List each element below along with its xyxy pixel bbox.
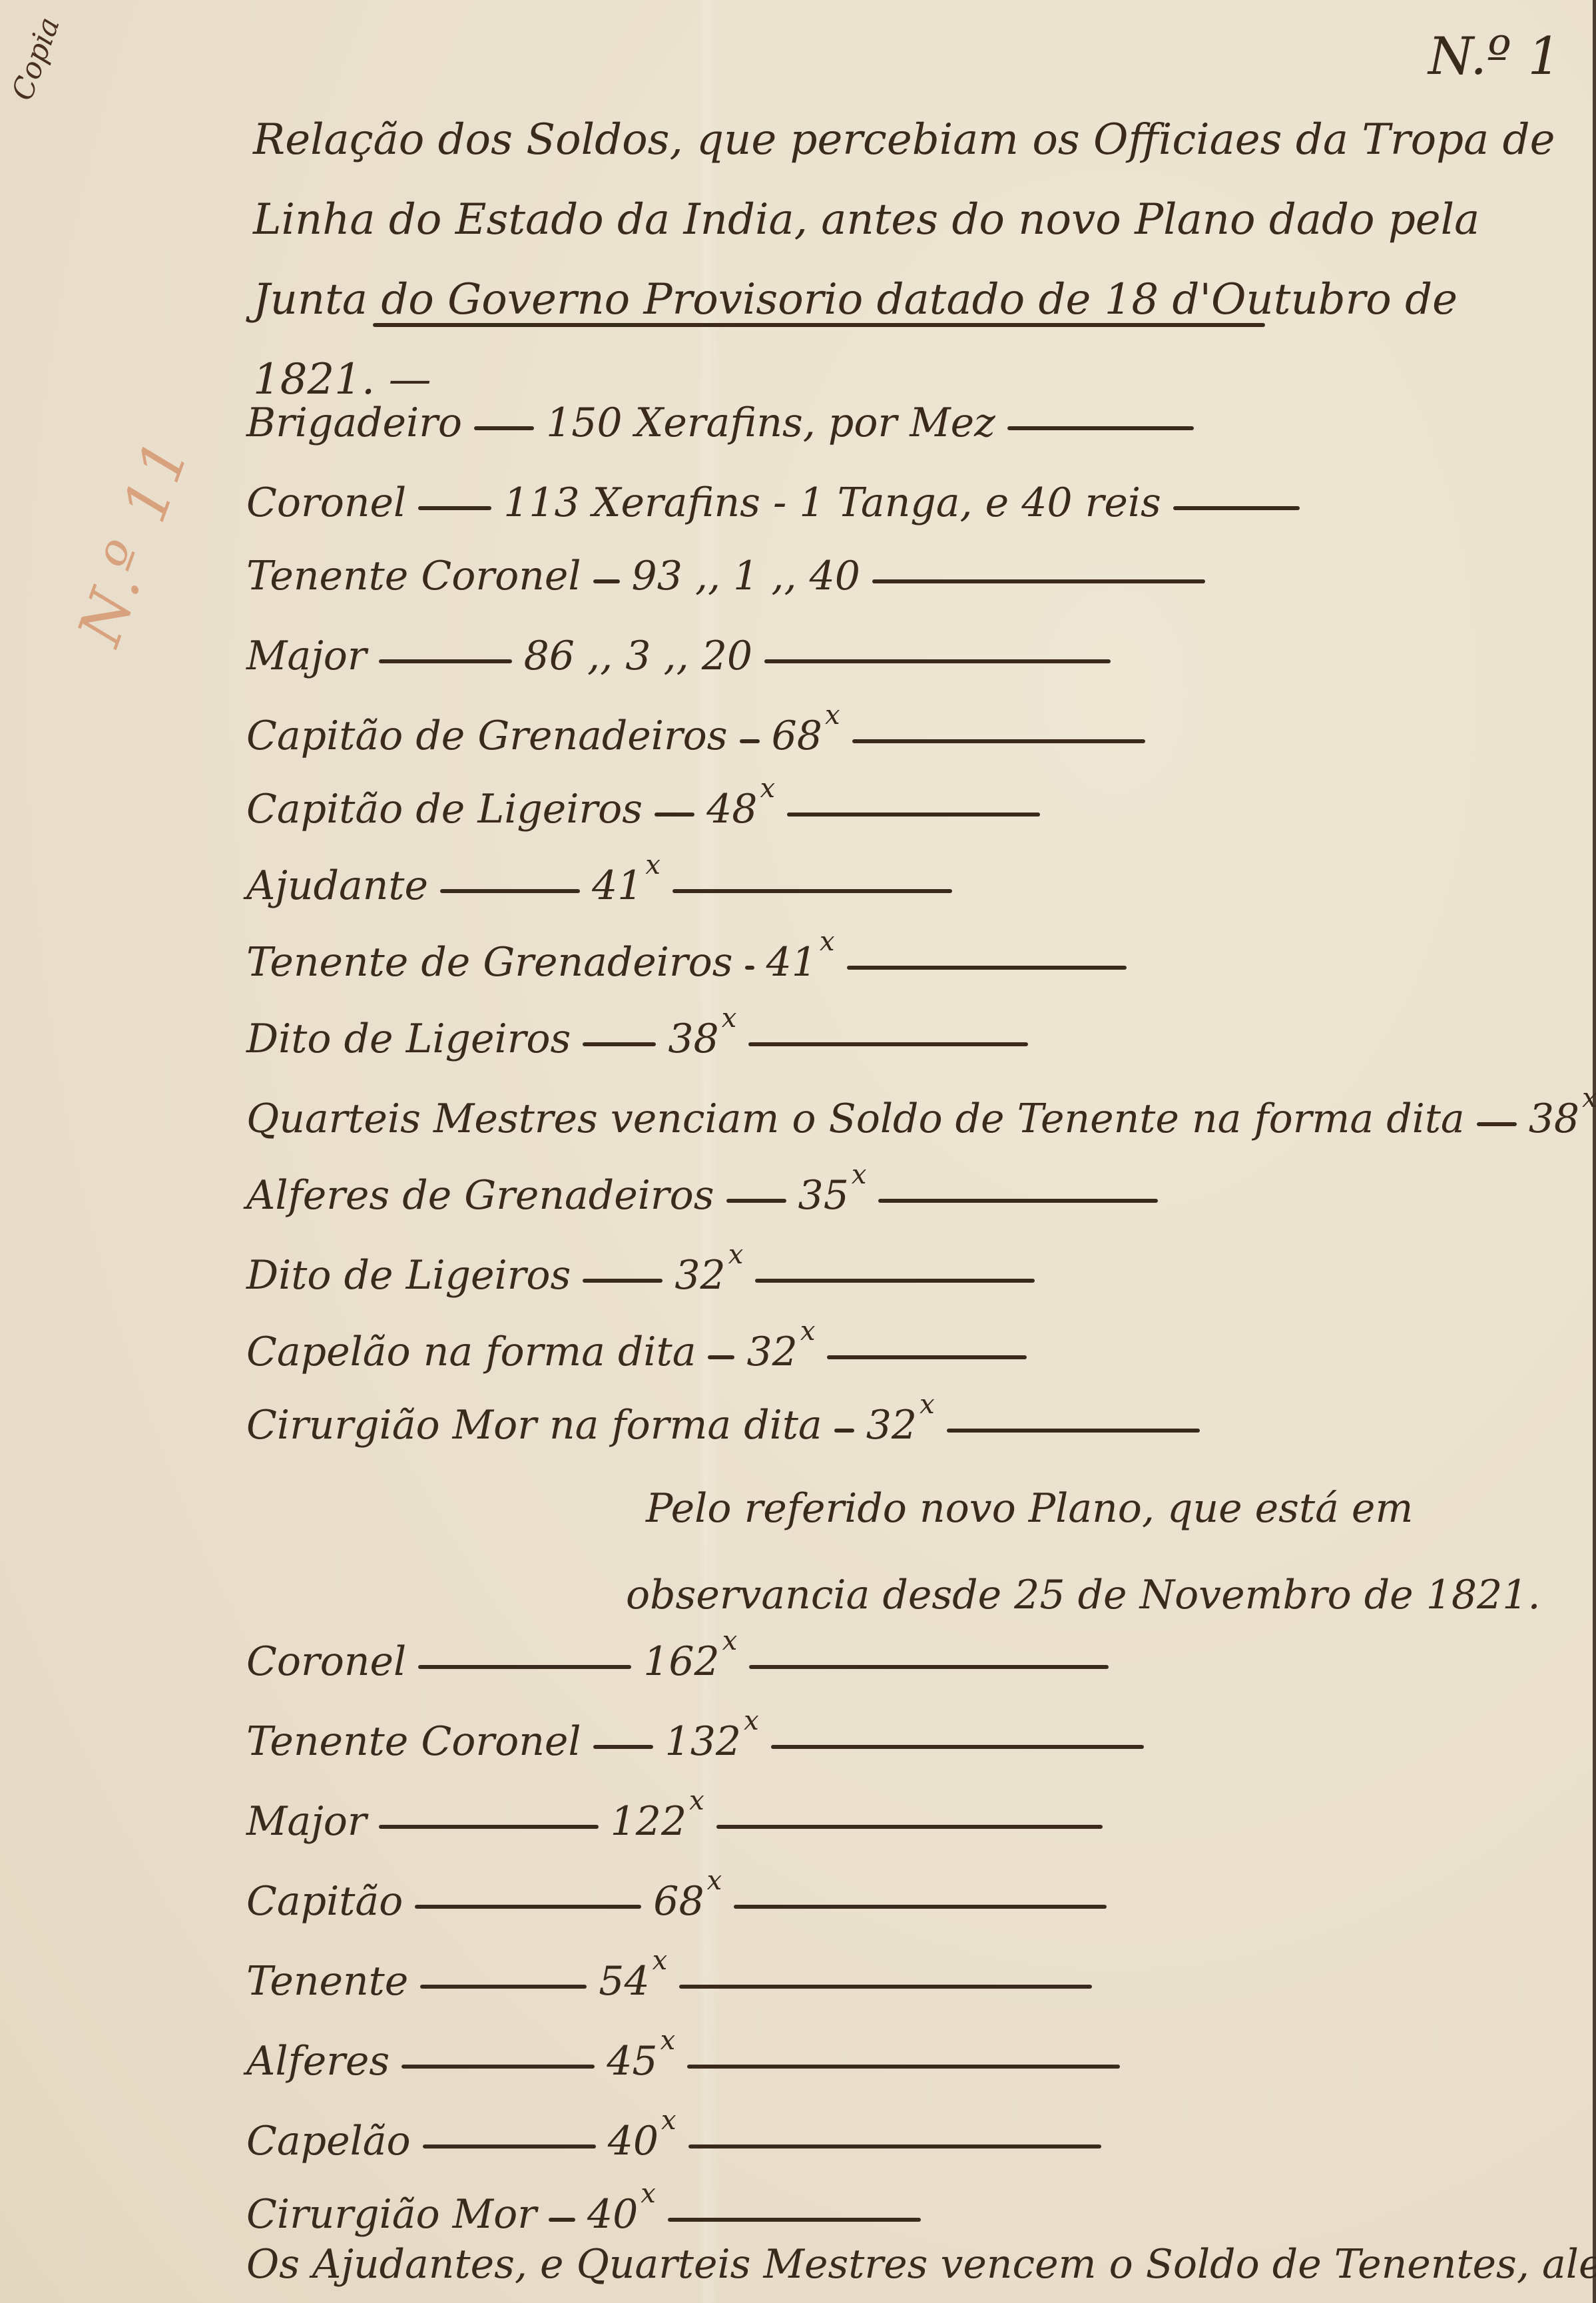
dash-rule bbox=[834, 1429, 854, 1433]
dash-rule bbox=[583, 1042, 656, 1046]
dash-rule bbox=[420, 1985, 587, 1989]
salary-value: 32x bbox=[746, 1316, 815, 1375]
document-title: Relação dos Soldos, que percebiam os Off… bbox=[253, 100, 1571, 420]
salary-value: 48x bbox=[706, 773, 775, 832]
salary-row: Tenente de Grenadeiros41x bbox=[246, 926, 1139, 986]
salary-row: Capitão de Ligeiros48x bbox=[246, 773, 1052, 832]
salary-value: 68x bbox=[653, 1865, 722, 1925]
dash-rule bbox=[787, 813, 1040, 817]
rank-label: Tenente Coronel bbox=[246, 1718, 581, 1765]
salary-row: Major122x bbox=[246, 1785, 1115, 1845]
salary-row: Capitão de Grenadeiros68x bbox=[246, 699, 1157, 759]
dash-rule bbox=[872, 579, 1205, 583]
salary-value: 38x bbox=[1529, 1083, 1596, 1142]
dash-rule bbox=[688, 2144, 1101, 2148]
salary-value: 68x bbox=[772, 700, 840, 759]
dash-rule bbox=[679, 1985, 1092, 1989]
dash-rule bbox=[847, 966, 1127, 970]
dash-rule bbox=[878, 1199, 1158, 1203]
dash-rule bbox=[708, 1355, 734, 1359]
rank-label: Cirurgião Mor bbox=[246, 2191, 537, 2238]
salary-value: 32x bbox=[674, 1239, 743, 1299]
rank-label: Capelão bbox=[246, 2118, 411, 2164]
dash-rule bbox=[745, 966, 754, 970]
salary-value: 162x bbox=[643, 1626, 737, 1685]
dash-rule bbox=[440, 889, 580, 893]
dash-rule bbox=[740, 739, 760, 743]
salary-value: 93 ,, 1 ,, 40 bbox=[632, 553, 860, 599]
dash-rule bbox=[379, 659, 512, 663]
dash-rule bbox=[1007, 426, 1194, 430]
salary-row: Cirurgião Mor40x bbox=[246, 2178, 933, 2238]
dash-rule bbox=[549, 2218, 575, 2222]
salary-row: Capelão na forma dita32x bbox=[246, 1315, 1039, 1375]
dash-rule bbox=[418, 1665, 631, 1669]
dash-rule bbox=[764, 659, 1111, 663]
dash-rule bbox=[726, 1199, 786, 1203]
dash-rule bbox=[593, 1745, 653, 1749]
salary-row: Tenente54x bbox=[246, 1945, 1104, 2005]
dash-rule bbox=[423, 2144, 596, 2148]
dash-rule bbox=[755, 1279, 1035, 1283]
salary-value: 38x bbox=[668, 1003, 736, 1062]
dash-rule bbox=[852, 739, 1145, 743]
new-plan-note: Pelo referido novo Plano, que está em ob… bbox=[626, 1465, 1585, 1638]
salary-value: 40x bbox=[608, 2105, 676, 2164]
salary-row: Tenente Coronel93 ,, 1 ,, 40 bbox=[246, 539, 1217, 599]
salary-value: 86 ,, 3 ,, 20 bbox=[524, 633, 752, 679]
rank-label: Dito de Ligeiros bbox=[246, 1016, 571, 1062]
salary-row: Capelão40x bbox=[246, 2105, 1113, 2164]
rank-label: Quarteis Mestres venciam o Soldo de Tene… bbox=[246, 1096, 1465, 1142]
dash-rule bbox=[749, 1665, 1109, 1669]
salary-row: Coronel162x bbox=[246, 1625, 1121, 1685]
salary-row: Major86 ,, 3 ,, 20 bbox=[246, 619, 1123, 679]
dash-rule bbox=[655, 813, 694, 817]
rank-label: Coronel bbox=[246, 480, 406, 526]
salary-value: 122x bbox=[611, 1786, 704, 1845]
rank-label: Capitão bbox=[246, 1878, 403, 1925]
salary-row: Quarteis Mestres venciam o Soldo de Tene… bbox=[246, 1082, 1596, 1142]
salary-row: Tenente Coronel132x bbox=[246, 1705, 1156, 1765]
salary-row: Alferes45x bbox=[246, 2025, 1132, 2085]
salary-value: 54x bbox=[599, 1945, 667, 2005]
rank-label: Capitão de Ligeiros bbox=[246, 786, 643, 832]
dash-rule bbox=[583, 1279, 663, 1283]
salary-value: 45x bbox=[607, 2025, 675, 2085]
salary-value: 32x bbox=[866, 1389, 935, 1449]
salary-row: Coronel113 Xerafins - 1 Tanga, e 40 reis bbox=[246, 466, 1312, 526]
dash-rule bbox=[734, 1905, 1107, 1909]
rank-label: Ajudante bbox=[246, 862, 428, 909]
salary-value: 41x bbox=[766, 926, 835, 986]
dash-rule bbox=[401, 2065, 595, 2069]
salary-value: 113 Xerafins - 1 Tanga, e 40 reis bbox=[503, 480, 1161, 526]
dash-rule bbox=[947, 1429, 1200, 1433]
rank-label: Tenente Coronel bbox=[246, 553, 581, 599]
salary-row: Ajudante41x bbox=[246, 849, 964, 909]
rank-label: Alferes bbox=[246, 2038, 390, 2085]
salary-value: 132x bbox=[665, 1706, 759, 1765]
dash-rule bbox=[748, 1042, 1028, 1046]
rank-label: Tenente de Grenadeiros bbox=[246, 939, 733, 986]
rank-label: Tenente bbox=[246, 1958, 408, 2005]
dash-rule bbox=[672, 889, 952, 893]
rank-label: Alferes de Grenadeiros bbox=[246, 1172, 714, 1219]
dash-rule bbox=[668, 2218, 921, 2222]
dash-rule bbox=[474, 426, 534, 430]
dash-rule bbox=[379, 1825, 599, 1829]
rank-label: Capelão na forma dita bbox=[246, 1329, 696, 1375]
rank-label: Brigadeiro bbox=[246, 400, 462, 446]
dash-rule bbox=[687, 2065, 1120, 2069]
salary-row: Alferes de Grenadeiros35x bbox=[246, 1159, 1170, 1219]
rank-label: Coronel bbox=[246, 1638, 406, 1685]
salary-row: Dito de Ligeiros32x bbox=[246, 1239, 1047, 1299]
salary-value: 35x bbox=[798, 1159, 867, 1219]
rank-label: Dito de Ligeiros bbox=[246, 1252, 571, 1299]
salary-value: 150 Xerafins, por Mez bbox=[546, 400, 995, 446]
dash-rule bbox=[716, 1825, 1103, 1829]
salary-row: Dito de Ligeiros38x bbox=[246, 1002, 1040, 1062]
dash-rule bbox=[771, 1745, 1144, 1749]
rank-label: Major bbox=[246, 633, 367, 679]
continuation-text: Os Ajudantes, e Quarteis Mestres vencem … bbox=[246, 2241, 1596, 2288]
dash-rule bbox=[418, 506, 491, 510]
salary-row: Cirurgião Mor na forma dita32x bbox=[246, 1389, 1212, 1449]
dash-rule bbox=[1173, 506, 1300, 510]
salary-row: Brigadeiro150 Xerafins, por Mez bbox=[246, 386, 1206, 446]
document-number: N.º 1 bbox=[1428, 27, 1561, 87]
rank-label: Capitão de Grenadeiros bbox=[246, 713, 728, 759]
salary-row: Capitão68x bbox=[246, 1865, 1119, 1925]
dash-rule bbox=[827, 1355, 1027, 1359]
rank-label: Cirurgião Mor na forma dita bbox=[246, 1402, 822, 1449]
dash-rule bbox=[415, 1905, 641, 1909]
dash-rule bbox=[593, 579, 620, 583]
title-underline bbox=[373, 323, 1265, 327]
dash-rule bbox=[1477, 1122, 1517, 1126]
salary-value: 40x bbox=[587, 2178, 656, 2238]
rank-label: Major bbox=[246, 1798, 367, 1845]
salary-value: 41x bbox=[592, 850, 661, 909]
